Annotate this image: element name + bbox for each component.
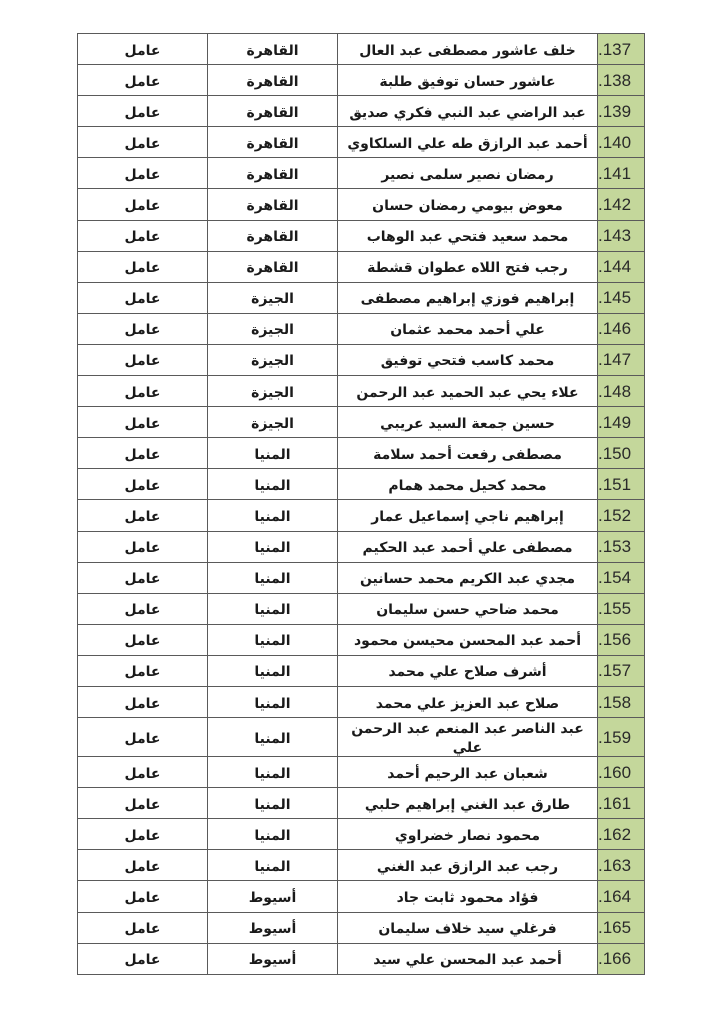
job-text: عامل xyxy=(125,859,161,875)
name-text: معوض بيومي رمضان حسان xyxy=(372,198,563,214)
job-text: عامل xyxy=(125,74,161,90)
name-cell: محمود نصار خضراوي xyxy=(338,819,598,850)
row-number-cell: .143 xyxy=(598,220,645,251)
row-number-text: .166 xyxy=(598,949,631,968)
job-text: عامل xyxy=(125,828,161,844)
name-text: علي أحمد محمد عثمان xyxy=(390,322,545,338)
governorate-cell: أسيوط xyxy=(208,943,338,974)
name-text: طارق عبد الغني إبراهيم حلبي xyxy=(365,797,570,813)
job-text: عامل xyxy=(125,385,161,401)
job-cell: عامل xyxy=(78,438,208,469)
row-number-text: .141 xyxy=(598,164,631,183)
row-number-text: .156 xyxy=(598,630,631,649)
governorate-text: أسيوط xyxy=(249,921,297,937)
name-cell: أحمد عبد المحسن علي سيد xyxy=(338,943,598,974)
row-number-cell: .153 xyxy=(598,531,645,562)
name-cell: مصطفى رفعت أحمد سلامة xyxy=(338,438,598,469)
name-text: حسين جمعة السيد عريبي xyxy=(380,416,555,432)
row-number-text: .165 xyxy=(598,918,631,937)
row-number-text: .163 xyxy=(598,856,631,875)
governorate-text: القاهرة xyxy=(246,74,298,90)
row-number-cell: .144 xyxy=(598,251,645,282)
job-text: عامل xyxy=(125,43,161,59)
governorate-cell: المنيا xyxy=(208,500,338,531)
workers-table-body: عامل القاهرة خلف عاشور مصطفى عبد العال .… xyxy=(78,34,645,975)
governorate-cell: القاهرة xyxy=(208,127,338,158)
row-number-text: .147 xyxy=(598,350,631,369)
table-row: عامل الجيزة علي أحمد محمد عثمان .146 xyxy=(78,313,645,344)
table-row: عامل القاهرة معوض بيومي رمضان حسان .142 xyxy=(78,189,645,220)
table-row: عامل المنيا شعبان عبد الرحيم أحمد .160 xyxy=(78,757,645,788)
row-number-cell: .145 xyxy=(598,282,645,313)
governorate-cell: الجيزة xyxy=(208,344,338,375)
name-text: عاشور حسان توفيق طلبة xyxy=(379,74,555,90)
job-text: عامل xyxy=(125,540,161,556)
row-number-text: .155 xyxy=(598,599,631,618)
job-cell: عامل xyxy=(78,500,208,531)
governorate-text: الجيزة xyxy=(251,385,294,401)
name-cell: عبد الراضي عبد النبي فكري صديق xyxy=(338,96,598,127)
name-cell: أشرف صلاح علي محمد xyxy=(338,655,598,686)
row-number-cell: .151 xyxy=(598,469,645,500)
name-text: رجب فتح اللاه عطوان قشطة xyxy=(367,260,568,276)
governorate-cell: المنيا xyxy=(208,438,338,469)
name-text: مصطفى رفعت أحمد سلامة xyxy=(373,447,562,463)
name-text: أحمد عبد المحسن علي سيد xyxy=(373,952,562,968)
governorate-text: القاهرة xyxy=(246,167,298,183)
name-text: فؤاد محمود ثابت جاد xyxy=(397,890,539,906)
job-cell: عامل xyxy=(78,912,208,943)
row-number-cell: .166 xyxy=(598,943,645,974)
table-row: عامل أسيوط أحمد عبد المحسن علي سيد .166 xyxy=(78,943,645,974)
row-number-text: .160 xyxy=(598,763,631,782)
governorate-text: الجيزة xyxy=(251,291,294,307)
row-number-cell: .150 xyxy=(598,438,645,469)
row-number-text: .144 xyxy=(598,257,631,276)
row-number-cell: .155 xyxy=(598,593,645,624)
row-number-cell: .165 xyxy=(598,912,645,943)
name-text: عبد الناصر عبد المنعم عبد الرحمن علي xyxy=(351,721,584,756)
table-row: عامل المنيا مصطفى رفعت أحمد سلامة .150 xyxy=(78,438,645,469)
governorate-cell: القاهرة xyxy=(208,189,338,220)
governorate-text: القاهرة xyxy=(246,198,298,214)
row-number-text: .148 xyxy=(598,382,631,401)
name-cell: عبد الناصر عبد المنعم عبد الرحمن علي xyxy=(338,718,598,757)
governorate-text: المنيا xyxy=(254,696,290,712)
name-text: صلاح عبد العزيز علي محمد xyxy=(376,696,559,712)
governorate-cell: المنيا xyxy=(208,531,338,562)
row-number-text: .162 xyxy=(598,825,631,844)
job-cell: عامل xyxy=(78,313,208,344)
governorate-cell: المنيا xyxy=(208,757,338,788)
governorate-cell: القاهرة xyxy=(208,251,338,282)
governorate-cell: القاهرة xyxy=(208,34,338,65)
job-text: عامل xyxy=(125,571,161,587)
job-text: عامل xyxy=(125,696,161,712)
job-cell: عامل xyxy=(78,850,208,881)
row-number-cell: .160 xyxy=(598,757,645,788)
table-row: عامل القاهرة أحمد عبد الرازق طه علي السل… xyxy=(78,127,645,158)
job-text: عامل xyxy=(125,602,161,618)
table-row: عامل الجيزة محمد كاسب فتحي توفيق .147 xyxy=(78,344,645,375)
name-cell: صلاح عبد العزيز علي محمد xyxy=(338,686,598,717)
governorate-text: المنيا xyxy=(254,731,290,747)
job-text: عامل xyxy=(125,921,161,937)
name-cell: أحمد عبد الرازق طه علي السلكاوي xyxy=(338,127,598,158)
row-number-cell: .146 xyxy=(598,313,645,344)
name-cell: علي أحمد محمد عثمان xyxy=(338,313,598,344)
governorate-text: الجيزة xyxy=(251,353,294,369)
job-cell: عامل xyxy=(78,127,208,158)
governorate-text: القاهرة xyxy=(246,229,298,245)
row-number-cell: .163 xyxy=(598,850,645,881)
name-cell: حسين جمعة السيد عريبي xyxy=(338,407,598,438)
job-cell: عامل xyxy=(78,655,208,686)
job-cell: عامل xyxy=(78,282,208,313)
name-cell: رجب فتح اللاه عطوان قشطة xyxy=(338,251,598,282)
table-row: عامل المنيا محمد ضاحي حسن سليمان .155 xyxy=(78,593,645,624)
job-text: عامل xyxy=(125,353,161,369)
row-number-cell: .159 xyxy=(598,718,645,757)
job-text: عامل xyxy=(125,633,161,649)
row-number-cell: .147 xyxy=(598,344,645,375)
governorate-cell: المنيا xyxy=(208,624,338,655)
row-number-cell: .161 xyxy=(598,788,645,819)
job-cell: عامل xyxy=(78,757,208,788)
governorate-cell: القاهرة xyxy=(208,96,338,127)
row-number-text: .139 xyxy=(598,102,631,121)
name-cell: أحمد عبد المحسن محيسن محمود xyxy=(338,624,598,655)
name-text: محمد ضاحي حسن سليمان xyxy=(376,602,559,618)
name-text: مصطفى علي أحمد عبد الحكيم xyxy=(363,540,573,556)
row-number-text: .159 xyxy=(598,728,631,747)
job-text: عامل xyxy=(125,766,161,782)
governorate-cell: المنيا xyxy=(208,850,338,881)
row-number-text: .153 xyxy=(598,537,631,556)
table-row: عامل المنيا مصطفى علي أحمد عبد الحكيم .1… xyxy=(78,531,645,562)
governorate-cell: المنيا xyxy=(208,655,338,686)
workers-table: عامل القاهرة خلف عاشور مصطفى عبد العال .… xyxy=(77,33,645,975)
job-cell: عامل xyxy=(78,407,208,438)
table-row: عامل القاهرة رجب فتح اللاه عطوان قشطة .1… xyxy=(78,251,645,282)
row-number-text: .158 xyxy=(598,693,631,712)
name-cell: طارق عبد الغني إبراهيم حلبي xyxy=(338,788,598,819)
row-number-text: .150 xyxy=(598,444,631,463)
row-number-cell: .162 xyxy=(598,819,645,850)
job-text: عامل xyxy=(125,890,161,906)
job-cell: عامل xyxy=(78,34,208,65)
document-page: عامل القاهرة خلف عاشور مصطفى عبد العال .… xyxy=(0,0,724,1024)
table-row: عامل الجيزة علاء يحي عبد الحميد عبد الرح… xyxy=(78,376,645,407)
name-text: شعبان عبد الرحيم أحمد xyxy=(387,766,548,782)
row-number-cell: .139 xyxy=(598,96,645,127)
name-cell: مجدي عبد الكريم محمد حسانين xyxy=(338,562,598,593)
governorate-text: المنيا xyxy=(254,633,290,649)
row-number-cell: .157 xyxy=(598,655,645,686)
table-row: عامل المنيا محمود نصار خضراوي .162 xyxy=(78,819,645,850)
table-row: عامل الجيزة حسين جمعة السيد عريبي .149 xyxy=(78,407,645,438)
governorate-cell: المنيا xyxy=(208,593,338,624)
row-number-cell: .148 xyxy=(598,376,645,407)
table-row: عامل المنيا عبد الناصر عبد المنعم عبد ال… xyxy=(78,718,645,757)
table-row: عامل المنيا طارق عبد الغني إبراهيم حلبي … xyxy=(78,788,645,819)
governorate-text: المنيا xyxy=(254,797,290,813)
name-cell: مصطفى علي أحمد عبد الحكيم xyxy=(338,531,598,562)
row-number-cell: .152 xyxy=(598,500,645,531)
governorate-cell: المنيا xyxy=(208,469,338,500)
governorate-cell: الجيزة xyxy=(208,313,338,344)
governorate-text: المنيا xyxy=(254,540,290,556)
job-text: عامل xyxy=(125,291,161,307)
job-text: عامل xyxy=(125,105,161,121)
table-row: عامل المنيا أشرف صلاح علي محمد .157 xyxy=(78,655,645,686)
name-text: إبراهيم فوزي إبراهيم مصطفى xyxy=(361,291,575,307)
row-number-text: .143 xyxy=(598,226,631,245)
governorate-cell: المنيا xyxy=(208,718,338,757)
governorate-text: أسيوط xyxy=(249,952,297,968)
name-text: خلف عاشور مصطفى عبد العال xyxy=(359,43,575,59)
row-number-cell: .158 xyxy=(598,686,645,717)
job-text: عامل xyxy=(125,797,161,813)
job-text: عامل xyxy=(125,136,161,152)
governorate-text: المنيا xyxy=(254,766,290,782)
job-text: عامل xyxy=(125,731,161,747)
governorate-text: الجيزة xyxy=(251,416,294,432)
job-cell: عامل xyxy=(78,96,208,127)
name-cell: إبراهيم فوزي إبراهيم مصطفى xyxy=(338,282,598,313)
name-cell: فرغلي سيد خلاف سليمان xyxy=(338,912,598,943)
table-row: عامل القاهرة رمضان نصير سلمى نصير .141 xyxy=(78,158,645,189)
job-cell: عامل xyxy=(78,788,208,819)
name-cell: عاشور حسان توفيق طلبة xyxy=(338,65,598,96)
job-cell: عامل xyxy=(78,943,208,974)
name-text: إبراهيم ناجي إسماعيل عمار xyxy=(371,509,564,525)
name-cell: رجب عبد الرازق عبد الغني xyxy=(338,850,598,881)
governorate-text: القاهرة xyxy=(246,105,298,121)
job-cell: عامل xyxy=(78,562,208,593)
job-cell: عامل xyxy=(78,593,208,624)
job-cell: عامل xyxy=(78,220,208,251)
row-number-text: .146 xyxy=(598,319,631,338)
row-number-text: .137 xyxy=(598,40,631,59)
name-cell: محمد ضاحي حسن سليمان xyxy=(338,593,598,624)
name-cell: محمد كحيل محمد همام xyxy=(338,469,598,500)
job-text: عامل xyxy=(125,478,161,494)
job-cell: عامل xyxy=(78,881,208,912)
row-number-text: .151 xyxy=(598,475,631,494)
governorate-text: القاهرة xyxy=(246,260,298,276)
job-cell: عامل xyxy=(78,189,208,220)
name-cell: خلف عاشور مصطفى عبد العال xyxy=(338,34,598,65)
job-text: عامل xyxy=(125,198,161,214)
governorate-cell: المنيا xyxy=(208,562,338,593)
table-row: عامل المنيا محمد كحيل محمد همام .151 xyxy=(78,469,645,500)
job-text: عامل xyxy=(125,260,161,276)
governorate-cell: المنيا xyxy=(208,686,338,717)
name-cell: علاء يحي عبد الحميد عبد الرحمن xyxy=(338,376,598,407)
name-text: علاء يحي عبد الحميد عبد الرحمن xyxy=(356,385,578,401)
governorate-cell: الجيزة xyxy=(208,282,338,313)
job-cell: عامل xyxy=(78,624,208,655)
job-cell: عامل xyxy=(78,469,208,500)
row-number-cell: .156 xyxy=(598,624,645,655)
job-text: عامل xyxy=(125,509,161,525)
row-number-text: .154 xyxy=(598,568,631,587)
name-cell: فؤاد محمود ثابت جاد xyxy=(338,881,598,912)
name-text: محمود نصار خضراوي xyxy=(395,828,540,844)
job-cell: عامل xyxy=(78,718,208,757)
job-cell: عامل xyxy=(78,65,208,96)
name-text: عبد الراضي عبد النبي فكري صديق xyxy=(349,105,585,121)
governorate-text: المنيا xyxy=(254,602,290,618)
name-text: محمد سعيد فتحي عبد الوهاب xyxy=(367,229,569,245)
name-text: مجدي عبد الكريم محمد حسانين xyxy=(360,571,575,587)
governorate-cell: المنيا xyxy=(208,788,338,819)
governorate-text: المنيا xyxy=(254,828,290,844)
job-text: عامل xyxy=(125,229,161,245)
governorate-text: المنيا xyxy=(254,859,290,875)
row-number-cell: .141 xyxy=(598,158,645,189)
governorate-cell: القاهرة xyxy=(208,65,338,96)
governorate-cell: القاهرة xyxy=(208,158,338,189)
name-text: أحمد عبد الرازق طه علي السلكاوي xyxy=(347,136,587,152)
table-row: عامل المنيا مجدي عبد الكريم محمد حسانين … xyxy=(78,562,645,593)
table-row: عامل المنيا إبراهيم ناجي إسماعيل عمار .1… xyxy=(78,500,645,531)
table-row: عامل القاهرة خلف عاشور مصطفى عبد العال .… xyxy=(78,34,645,65)
table-row: عامل أسيوط فرغلي سيد خلاف سليمان .165 xyxy=(78,912,645,943)
name-cell: إبراهيم ناجي إسماعيل عمار xyxy=(338,500,598,531)
job-cell: عامل xyxy=(78,819,208,850)
job-cell: عامل xyxy=(78,344,208,375)
governorate-cell: أسيوط xyxy=(208,881,338,912)
row-number-text: .157 xyxy=(598,661,631,680)
row-number-cell: .137 xyxy=(598,34,645,65)
job-cell: عامل xyxy=(78,251,208,282)
governorate-cell: الجيزة xyxy=(208,376,338,407)
job-text: عامل xyxy=(125,416,161,432)
governorate-text: المنيا xyxy=(254,571,290,587)
job-cell: عامل xyxy=(78,531,208,562)
governorate-cell: أسيوط xyxy=(208,912,338,943)
job-cell: عامل xyxy=(78,686,208,717)
governorate-text: القاهرة xyxy=(246,43,298,59)
row-number-text: .140 xyxy=(598,133,631,152)
row-number-cell: .154 xyxy=(598,562,645,593)
row-number-text: .161 xyxy=(598,794,631,813)
job-text: عامل xyxy=(125,664,161,680)
governorate-text: المنيا xyxy=(254,509,290,525)
row-number-text: .142 xyxy=(598,195,631,214)
name-text: أحمد عبد المحسن محيسن محمود xyxy=(354,633,581,649)
row-number-cell: .164 xyxy=(598,881,645,912)
name-text: محمد كحيل محمد همام xyxy=(388,478,546,494)
table-row: عامل المنيا صلاح عبد العزيز علي محمد .15… xyxy=(78,686,645,717)
governorate-text: القاهرة xyxy=(246,136,298,152)
name-text: أشرف صلاح علي محمد xyxy=(388,664,546,680)
governorate-text: المنيا xyxy=(254,478,290,494)
row-number-text: .138 xyxy=(598,71,631,90)
row-number-text: .164 xyxy=(598,887,631,906)
table-row: عامل الجيزة إبراهيم فوزي إبراهيم مصطفى .… xyxy=(78,282,645,313)
job-cell: عامل xyxy=(78,376,208,407)
table-row: عامل القاهرة عاشور حسان توفيق طلبة .138 xyxy=(78,65,645,96)
table-row: عامل المنيا أحمد عبد المحسن محيسن محمود … xyxy=(78,624,645,655)
name-cell: شعبان عبد الرحيم أحمد xyxy=(338,757,598,788)
name-cell: محمد كاسب فتحي توفيق xyxy=(338,344,598,375)
job-text: عامل xyxy=(125,167,161,183)
governorate-text: أسيوط xyxy=(249,890,297,906)
governorate-text: المنيا xyxy=(254,664,290,680)
name-text: رجب عبد الرازق عبد الغني xyxy=(377,859,558,875)
name-cell: رمضان نصير سلمى نصير xyxy=(338,158,598,189)
governorate-cell: القاهرة xyxy=(208,220,338,251)
job-text: عامل xyxy=(125,952,161,968)
job-text: عامل xyxy=(125,447,161,463)
table-row: عامل القاهرة عبد الراضي عبد النبي فكري ص… xyxy=(78,96,645,127)
name-cell: محمد سعيد فتحي عبد الوهاب xyxy=(338,220,598,251)
row-number-cell: .140 xyxy=(598,127,645,158)
governorate-text: الجيزة xyxy=(251,322,294,338)
table-row: عامل أسيوط فؤاد محمود ثابت جاد .164 xyxy=(78,881,645,912)
name-cell: معوض بيومي رمضان حسان xyxy=(338,189,598,220)
governorate-cell: الجيزة xyxy=(208,407,338,438)
row-number-text: .145 xyxy=(598,288,631,307)
governorate-cell: المنيا xyxy=(208,819,338,850)
name-text: فرغلي سيد خلاف سليمان xyxy=(378,921,556,937)
table-row: عامل القاهرة محمد سعيد فتحي عبد الوهاب .… xyxy=(78,220,645,251)
row-number-text: .152 xyxy=(598,506,631,525)
row-number-text: .149 xyxy=(598,413,631,432)
governorate-text: المنيا xyxy=(254,447,290,463)
job-text: عامل xyxy=(125,322,161,338)
row-number-cell: .142 xyxy=(598,189,645,220)
row-number-cell: .138 xyxy=(598,65,645,96)
row-number-cell: .149 xyxy=(598,407,645,438)
name-text: رمضان نصير سلمى نصير xyxy=(381,167,553,183)
table-row: عامل المنيا رجب عبد الرازق عبد الغني .16… xyxy=(78,850,645,881)
job-cell: عامل xyxy=(78,158,208,189)
name-text: محمد كاسب فتحي توفيق xyxy=(381,353,555,369)
